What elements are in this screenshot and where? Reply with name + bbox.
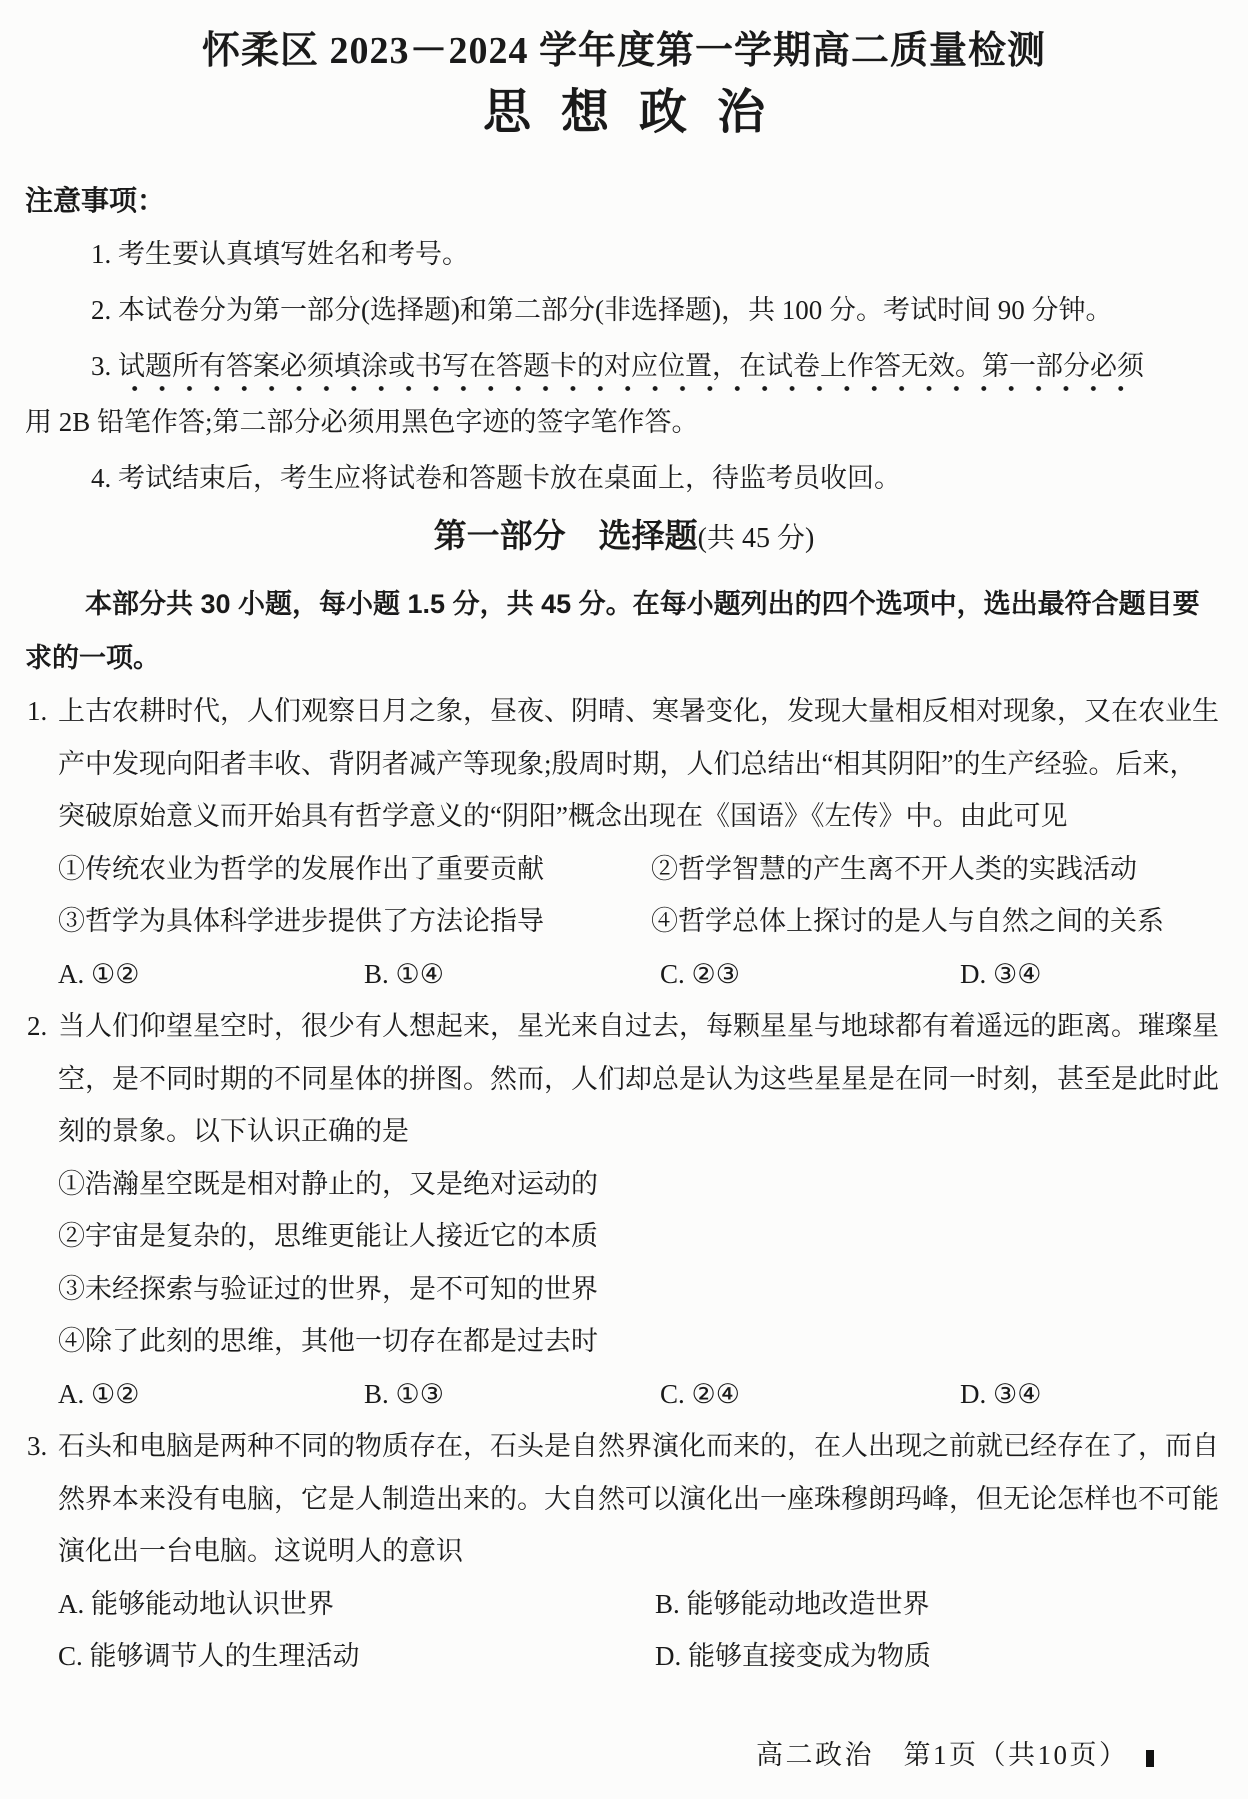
question-3-stem: 3.石头和电脑是两种不同的物质存在，石头是自然界演化而来的，在人出现之前就已经存… — [25, 1420, 1223, 1578]
sub-option: ③未经探索与验证过的世界，是不可知的世界 — [25, 1263, 1223, 1316]
question-1-number: 1. — [27, 685, 47, 738]
choice-option: B. 能够能动地改造世界 — [655, 1578, 1223, 1631]
notice-item-3: 3. 试题所有答案必须填涂或书写在答题卡的对应位置，在试卷上作答无效。第一部分必… — [25, 338, 1223, 450]
notice-item-2: 2. 本试卷分为第一部分(选择题)和第二部分(非选择题)，共 100 分。考试时… — [25, 282, 1223, 338]
choice-option: B. ①③ — [364, 1368, 660, 1421]
question-2-stem: 2.当人们仰望星空时，很少有人想起来，星光来自过去，每颗星星与地球都有着遥远的距… — [25, 1000, 1223, 1158]
question-3-choices-row-2: C. 能够调节人的生理活动 D. 能够直接变成为物质 — [25, 1630, 1223, 1683]
choice-option: D. 能够直接变成为物质 — [655, 1630, 1223, 1683]
sub-option: ①传统农业为哲学的发展作出了重要贡献 — [58, 843, 651, 896]
question-3-number: 3. — [27, 1420, 47, 1473]
question-2: 2.当人们仰望星空时，很少有人想起来，星光来自过去，每颗星星与地球都有着遥远的距… — [25, 1000, 1223, 1420]
question-1-sub-options-row-1: ①传统农业为哲学的发展作出了重要贡献 ②哲学智慧的产生离不开人类的实践活动 — [25, 843, 1223, 896]
section-1-heading: 第一部分 选择题(共 45 分) — [25, 514, 1223, 561]
choice-option: A. ①② — [58, 948, 364, 1001]
question-3: 3.石头和电脑是两种不同的物质存在，石头是自然界演化而来的，在人出现之前就已经存… — [25, 1420, 1223, 1683]
notice-section: 注意事项： 1. 考生要认真填写姓名和考号。 2. 本试卷分为第一部分(选择题)… — [25, 182, 1223, 506]
question-2-sub-options: ①浩瀚星空既是相对静止的，又是绝对运动的 ②宇宙是复杂的，思维更能让人接近它的本… — [25, 1158, 1223, 1368]
choice-option: C. ②③ — [660, 948, 960, 1001]
exam-subject: 思想政治 — [25, 84, 1223, 142]
sub-option: ①浩瀚星空既是相对静止的，又是绝对运动的 — [25, 1158, 1223, 1211]
notice-item-4: 4. 考试结束后，考生应将试卷和答题卡放在桌面上，待监考员收回。 — [25, 450, 1223, 506]
notice-item-3-continuation: 用 2B 铅笔作答;第二部分必须用黑色字迹的签字笔作答。 — [25, 407, 699, 437]
question-1-choices: A. ①② B. ①④ C. ②③ D. ③④ — [25, 948, 1223, 1001]
choice-option: D. ③④ — [960, 948, 1223, 1001]
question-1-stem: 1.上古农耕时代，人们观察日月之象，昼夜、阴晴、寒暑变化，发现大量相反相对现象，… — [25, 685, 1223, 843]
section-1-heading-note: (共 45 分) — [698, 523, 815, 554]
section-1-instructions: 本部分共 30 小题，每小题 1.5 分，共 45 分。在每小题列出的四个选项中… — [25, 577, 1223, 685]
question-1: 1.上古农耕时代，人们观察日月之象，昼夜、阴晴、寒暑变化，发现大量相反相对现象，… — [25, 685, 1223, 1000]
choice-option: A. ①② — [58, 1368, 364, 1421]
question-1-stem-text: 上古农耕时代，人们观察日月之象，昼夜、阴晴、寒暑变化，发现大量相反相对现象，又在… — [58, 696, 1219, 831]
question-2-stem-text: 当人们仰望星空时，很少有人想起来，星光来自过去，每颗星星与地球都有着遥远的距离。… — [58, 1011, 1219, 1146]
choice-option: C. 能够调节人的生理活动 — [58, 1630, 655, 1683]
question-2-number: 2. — [27, 1000, 47, 1053]
scan-artifact-mark — [1146, 1750, 1154, 1767]
sub-option: ④除了此刻的思维，其他一切存在都是过去时 — [25, 1315, 1223, 1368]
sub-option: ②宇宙是复杂的，思维更能让人接近它的本质 — [25, 1210, 1223, 1263]
choice-option: B. ①④ — [364, 948, 660, 1001]
sub-option: ③哲学为具体科学进步提供了方法论指导 — [58, 895, 651, 948]
exam-title: 怀柔区 2023－2024 学年度第一学期高二质量检测 — [25, 26, 1223, 76]
choice-option: A. 能够能动地认识世界 — [58, 1578, 655, 1631]
section-1-heading-main: 第一部分 选择题 — [434, 517, 698, 554]
sub-option: ②哲学智慧的产生离不开人类的实践活动 — [651, 843, 1223, 896]
notice-item-1: 1. 考生要认真填写姓名和考号。 — [25, 226, 1223, 282]
exam-paper-page: 怀柔区 2023－2024 学年度第一学期高二质量检测 思想政治 注意事项： 1… — [0, 0, 1248, 1799]
question-3-stem-text: 石头和电脑是两种不同的物质存在，石头是自然界演化而来的，在人出现之前就已经存在了… — [58, 1431, 1219, 1566]
page-content: 怀柔区 2023－2024 学年度第一学期高二质量检测 思想政治 注意事项： 1… — [0, 26, 1248, 1683]
choice-option: C. ②④ — [660, 1368, 960, 1421]
notice-heading: 注意事项： — [25, 182, 1223, 220]
notice-item-3-number: 3. — [91, 351, 118, 381]
page-footer: 高二政治 第1页（共10页） — [756, 1738, 1129, 1772]
question-2-choices: A. ①② B. ①③ C. ②④ D. ③④ — [25, 1368, 1223, 1421]
choice-option: D. ③④ — [960, 1368, 1223, 1421]
question-1-sub-options-row-2: ③哲学为具体科学进步提供了方法论指导 ④哲学总体上探讨的是人与自然之间的关系 — [25, 895, 1223, 948]
question-3-choices-row-1: A. 能够能动地认识世界 B. 能够能动地改造世界 — [25, 1578, 1223, 1631]
sub-option: ④哲学总体上探讨的是人与自然之间的关系 — [651, 895, 1223, 948]
notice-item-3-emphasized-text: 试题所有答案必须填涂或书写在答题卡的对应位置，在试卷上作答无效。第一部分必须 — [118, 351, 1144, 392]
